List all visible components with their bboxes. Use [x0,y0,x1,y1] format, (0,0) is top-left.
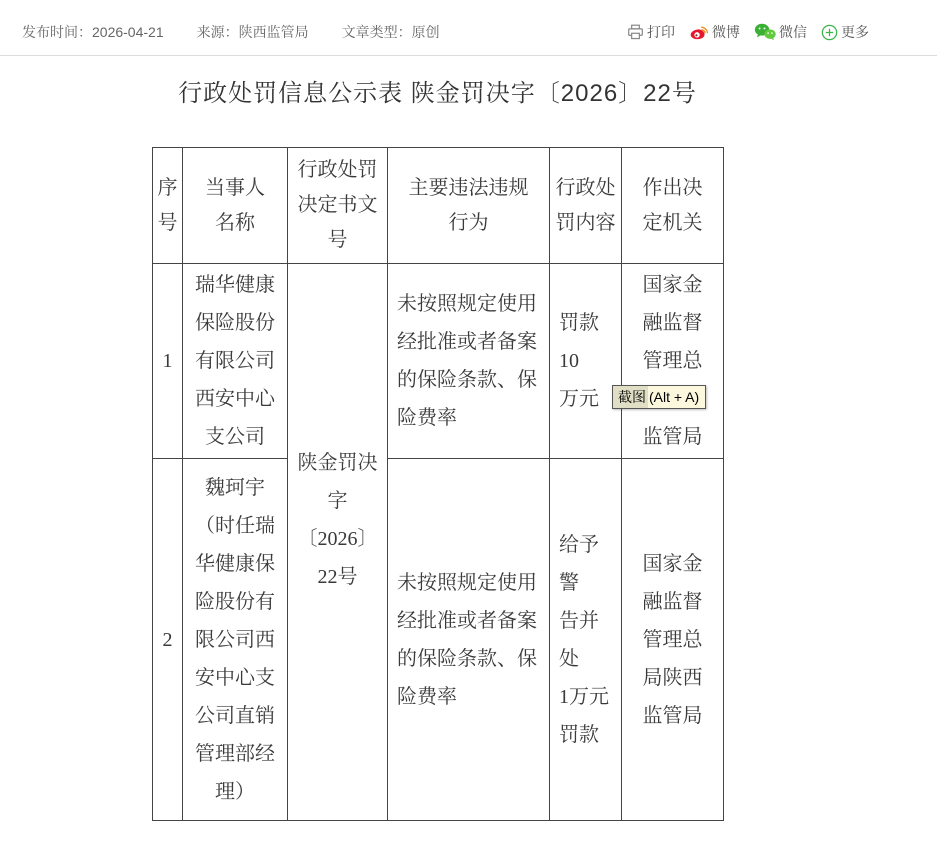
article-source-label: 来源： [197,24,239,40]
article-source: 来源：陕西监管局 [197,22,309,42]
row1-violation: 未按照规定使用 经批准或者备案 的保险条款、保 险费率 [388,264,550,459]
plus-circle-icon [821,24,838,41]
article-type-value: 原创 [412,24,440,40]
screenshot-tooltip: 截图(Alt + A) [612,385,706,409]
header-party-name: 当事人 名称 [183,148,288,264]
more-label: 更多 [841,22,869,42]
publish-time-label: 发布时间： [22,24,92,40]
article-meta: 发布时间：2026-04-21 来源：陕西监管局 文章类型：原创 [22,22,440,42]
row2-penalty: 给予警 告并处 1万元 罚款 [550,459,622,821]
doc-number-cell: 陕金罚决 字 〔2026〕 22号 [288,264,388,821]
publish-time: 发布时间：2026-04-21 [22,22,164,42]
header-authority: 作出决 定机关 [622,148,724,264]
header-violation: 主要违法违规 行为 [388,148,550,264]
penalty-table: 序 号 当事人 名称 行政处罚 决定书文 号 主要违法违规 行为 行政处 罚内容… [152,147,724,821]
screenshot-tooltip-label: 截图 [613,385,648,409]
wechat-icon [754,23,776,41]
table-row: 1 瑞华健康 保险股份 有限公司 西安中心 支公司 陕金罚决 字 〔2026〕 … [153,264,724,459]
print-button[interactable]: 打印 [627,22,675,42]
publish-time-value: 2026-04-21 [92,24,164,40]
row2-authority: 国家金 融监督 管理总 局陕西 监管局 [622,459,724,821]
header-penalty: 行政处 罚内容 [550,148,622,264]
row2-violation: 未按照规定使用 经批准或者备案 的保险条款、保 险费率 [388,459,550,821]
article-content: 行政处罚信息公示表 陕金罚决字〔2026〕22号 序 号 当事人 名称 行政处罚… [152,76,723,821]
row1-penalty: 罚款10 万元 [550,264,622,459]
row1-index: 1 [153,264,183,459]
page-title: 行政处罚信息公示表 陕金罚决字〔2026〕22号 [152,76,723,112]
more-button[interactable]: 更多 [821,22,869,42]
wechat-label: 微信 [779,22,807,42]
article-type: 文章类型：原创 [342,22,440,42]
share-weibo-button[interactable]: 微博 [689,22,740,42]
article-source-value: 陕西监管局 [239,24,309,40]
printer-icon [627,24,644,40]
row1-party-name: 瑞华健康 保险股份 有限公司 西安中心 支公司 [183,264,288,459]
share-wechat-button[interactable]: 微信 [754,22,807,42]
row1-authority: 国家金 融监督 管理总 局陕西 监管局 [622,264,724,459]
meta-bar: 发布时间：2026-04-21 来源：陕西监管局 文章类型：原创 打印 微博 [22,22,869,42]
print-label: 打印 [647,22,675,42]
row2-party-name: 魏珂宇 （时任瑞 华健康保 险股份有 限公司西 安中心支 公司直销 管理部经 理… [183,459,288,821]
share-actions: 打印 微博 微信 [627,22,869,42]
table-header-row: 序 号 当事人 名称 行政处罚 决定书文 号 主要违法违规 行为 行政处 罚内容… [153,148,724,264]
screenshot-tooltip-shortcut: (Alt + A) [648,389,699,405]
row2-index: 2 [153,459,183,821]
weibo-icon [689,23,709,41]
table-row: 2 魏珂宇 （时任瑞 华健康保 险股份有 限公司西 安中心支 公司直销 管理部经… [153,459,724,821]
weibo-label: 微博 [712,22,740,42]
header-index: 序 号 [153,148,183,264]
header-divider [0,55,937,56]
article-type-label: 文章类型： [342,24,412,40]
header-doc-number: 行政处罚 决定书文 号 [288,148,388,264]
